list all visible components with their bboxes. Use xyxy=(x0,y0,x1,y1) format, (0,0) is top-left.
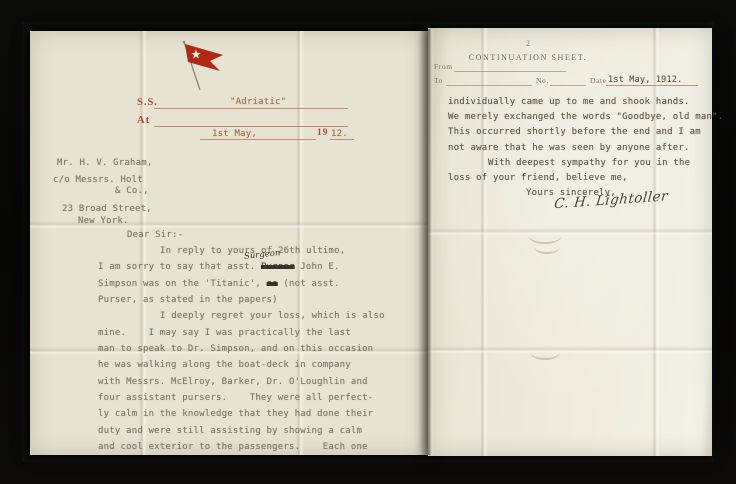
from-rule xyxy=(454,71,566,72)
body-line: individually came up to me and shook han… xyxy=(448,95,710,110)
white-star-burgee-icon xyxy=(156,32,236,112)
body-line: he was walking along the boat-deck in co… xyxy=(98,357,398,373)
page-number: 2 xyxy=(428,39,628,48)
fold-curl xyxy=(528,226,562,244)
no-rule xyxy=(550,85,586,86)
fold-curl xyxy=(534,240,560,254)
body-line-correction: Simpson was on the 'Titanic', as (not as… xyxy=(98,276,398,292)
salutation: Dear Sir:- xyxy=(127,230,183,240)
year-printed: 19 xyxy=(317,128,329,138)
fold-crease xyxy=(428,346,712,354)
address-line: 23 Broad Street, xyxy=(62,204,152,214)
date-underline xyxy=(606,85,698,86)
body-line: mine. I may say I was practically the la… xyxy=(98,325,398,341)
body-line: and cool exterior to the passengers. Eac… xyxy=(98,439,398,455)
no-label: No. xyxy=(536,76,549,85)
fold-crease xyxy=(480,28,488,456)
struck-text: as xyxy=(267,279,278,289)
continuation-sheet-title: CONTINUATION SHEET. xyxy=(428,53,628,62)
letter-page-2: 2 CONTINUATION SHEET. From To No. Date 1… xyxy=(428,28,712,456)
typed-year: 12. xyxy=(331,129,348,139)
ss-rule xyxy=(154,108,348,109)
date-rule xyxy=(200,139,316,140)
body-line: with Messrs. McElroy, Barker, Dr. O'Loug… xyxy=(98,374,398,390)
at-printed-label: At xyxy=(137,115,150,126)
ss-printed-label: S.S. xyxy=(137,97,158,108)
body-line: Purser, as stated in the papers) xyxy=(98,292,398,308)
body-line: This occurred shortly before the end and… xyxy=(448,125,710,140)
letter-body-page1: Surgeon In reply to yours of 26th ultimo… xyxy=(98,243,398,455)
fold-crease xyxy=(428,228,712,236)
address-line: Mr. H. V. Graham, xyxy=(57,158,153,168)
body-line: duty and were still assisting by showing… xyxy=(98,423,398,439)
year-rule xyxy=(330,139,354,140)
address-line: c/o Messrs. Holt xyxy=(53,175,143,185)
body-line: We merely exchanged the words "Goodbye, … xyxy=(448,110,710,125)
body-line: four assistant pursers. They were all pe… xyxy=(98,390,398,406)
from-label: From xyxy=(434,62,453,71)
at-rule xyxy=(154,126,348,127)
body-line: not aware that he was seen by anyone aft… xyxy=(448,141,710,156)
to-label: To xyxy=(434,76,443,85)
page-seam-shadow xyxy=(419,29,435,455)
typed-date: 1st May, xyxy=(212,129,257,139)
to-rule xyxy=(446,85,532,86)
letter-page-1: S.S. "Adriatic" At 1st May, 19 12. Mr. H… xyxy=(30,31,428,455)
ship-name: "Adriatic" xyxy=(230,97,286,107)
letter-body-page2: individually came up to me and shook han… xyxy=(448,95,710,201)
body-line: With deepest sympathy for you in the xyxy=(448,156,710,171)
address-line: & Co., xyxy=(115,186,149,196)
fold-crease xyxy=(652,28,660,456)
struck-text: Purser xyxy=(261,262,295,272)
date-label: Date xyxy=(590,76,607,85)
date-value: 1st May, 1912. xyxy=(608,75,682,85)
body-line: ly calm in the knowledge that they had d… xyxy=(98,406,398,422)
body-line: I deeply regret your loss, which is also xyxy=(98,308,398,324)
fold-curl xyxy=(530,344,560,360)
body-line: loss of your friend, believe me, xyxy=(448,171,710,186)
body-line: man to speak to Dr. Simpson, and on this… xyxy=(98,341,398,357)
address-line: New York. xyxy=(78,216,129,226)
